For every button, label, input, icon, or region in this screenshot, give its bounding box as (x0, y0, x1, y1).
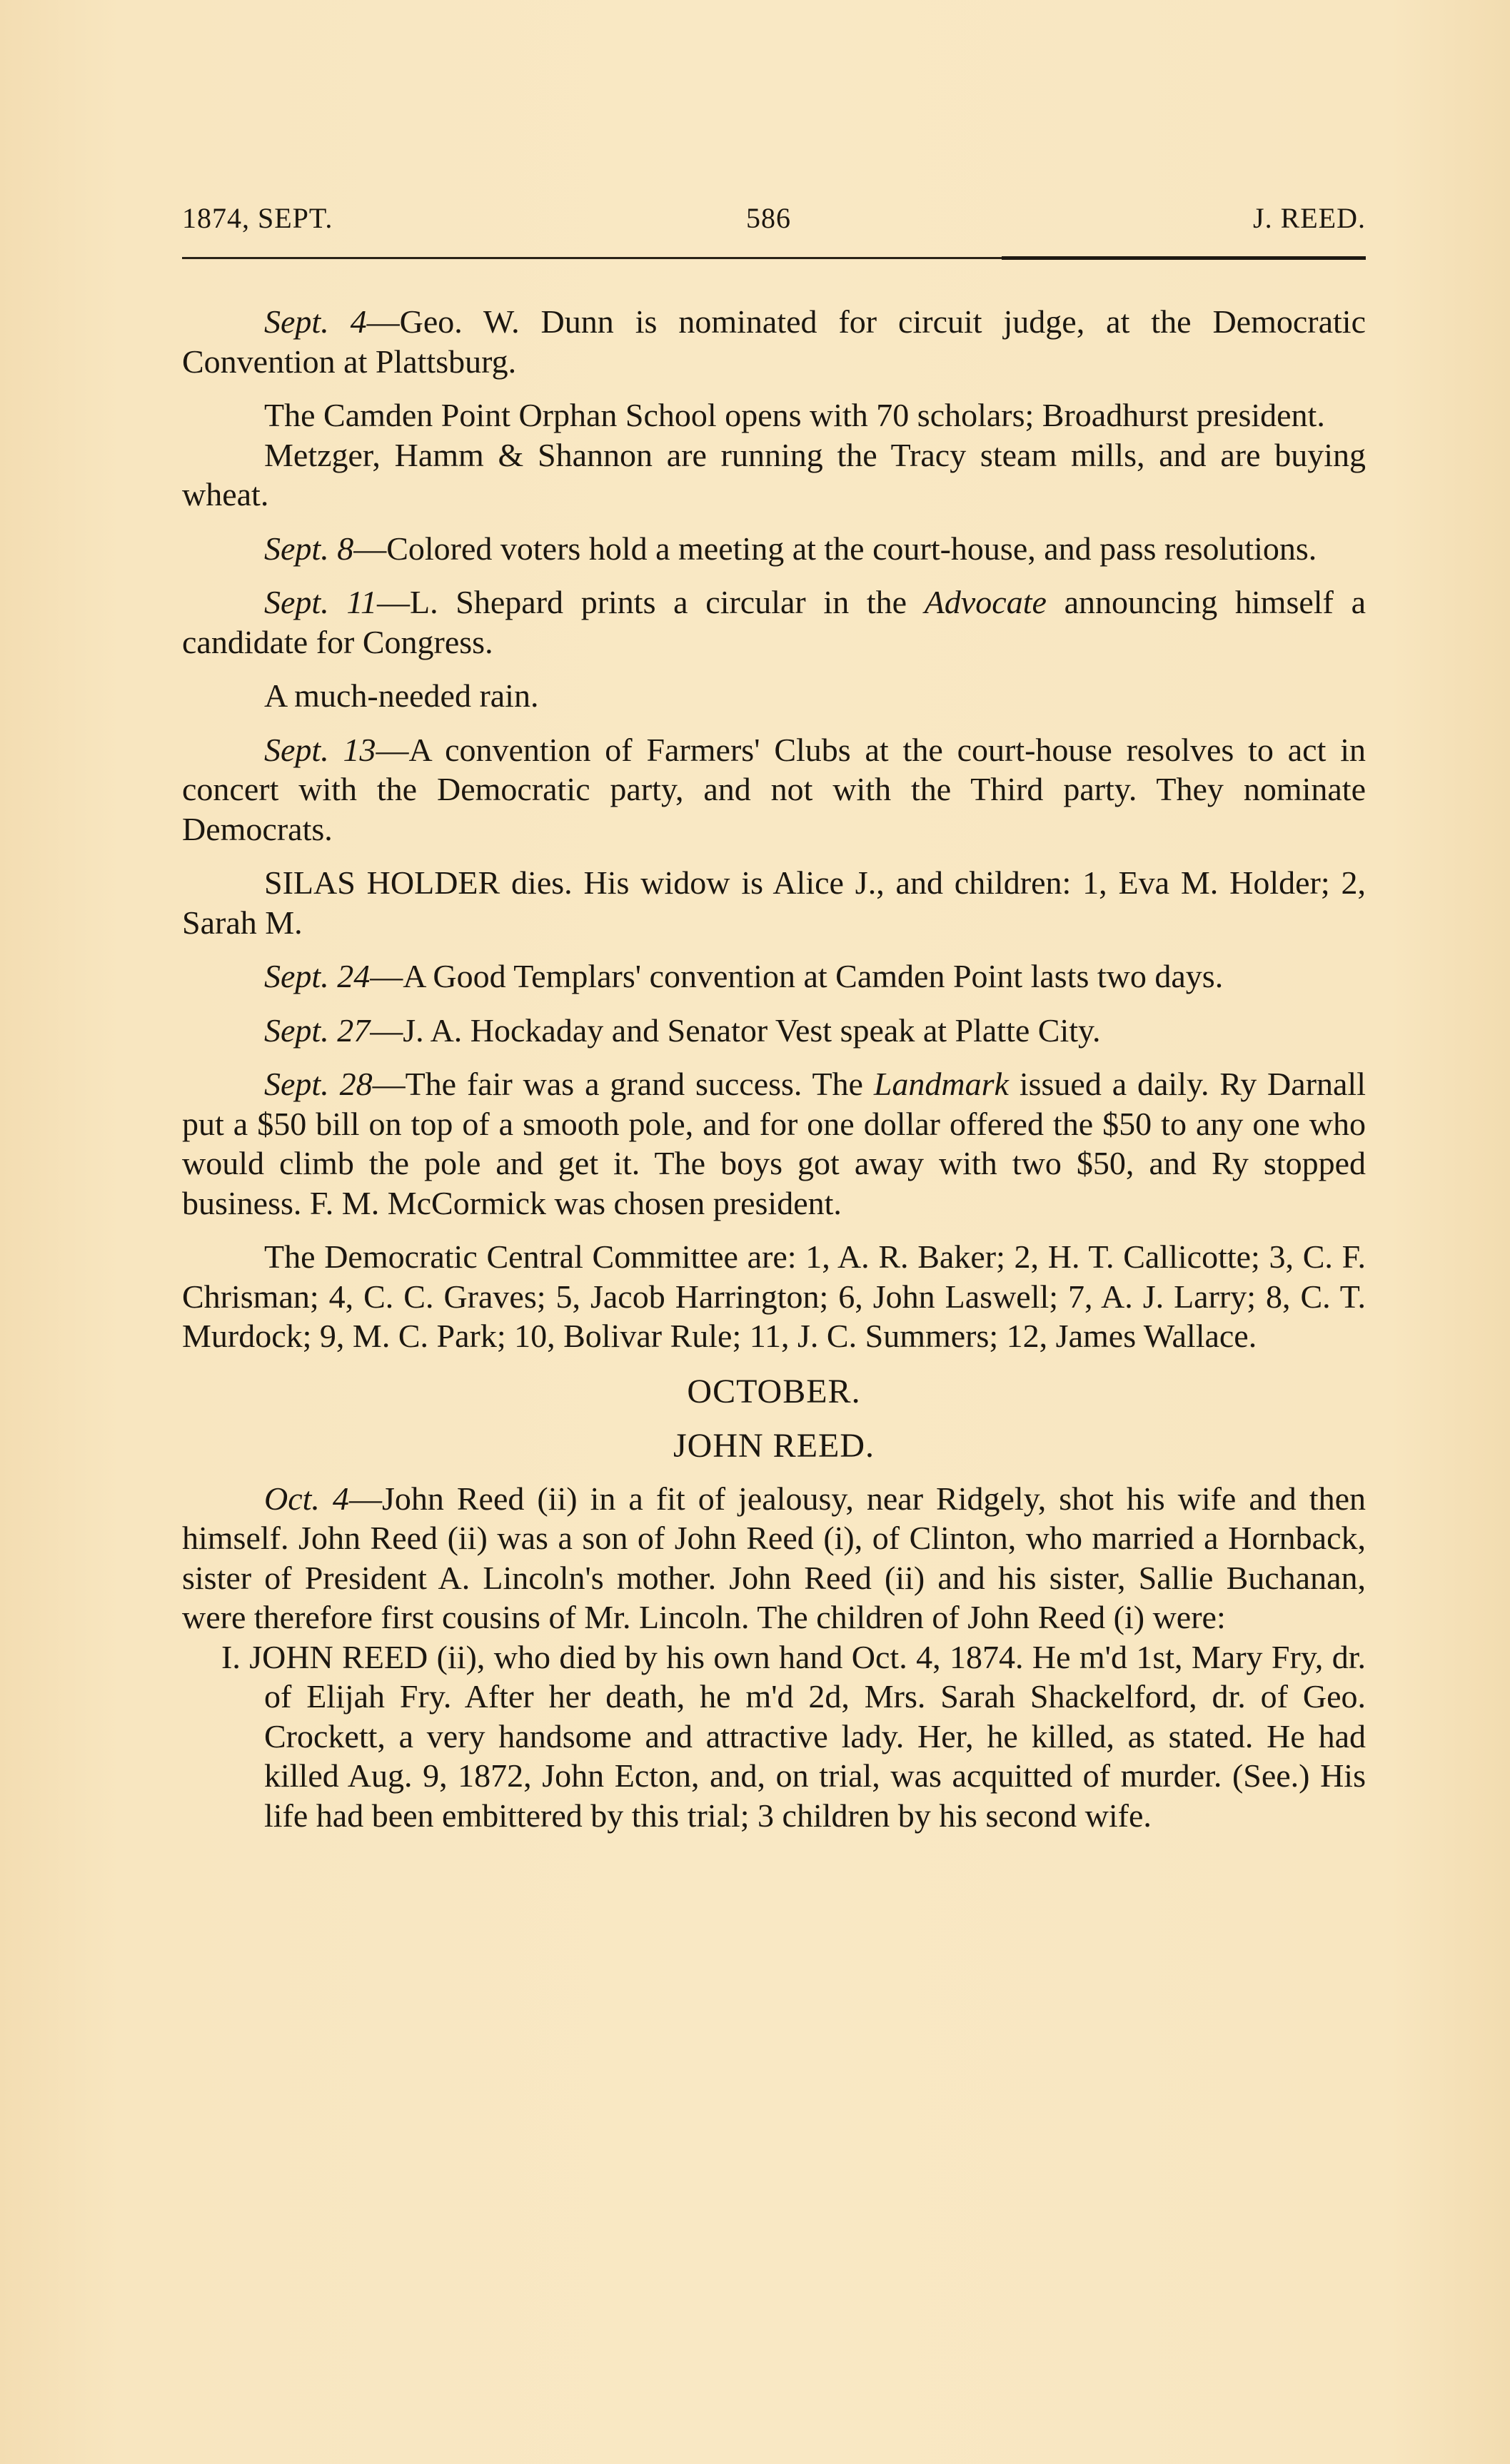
entry-text: —John Reed (ii) in a fit of jealousy, ne… (182, 1480, 1366, 1636)
newspaper-title: Landmark (874, 1066, 1009, 1102)
entry-text: —Colored voters hold a meeting at the co… (353, 530, 1317, 567)
entry-text: SILAS HOLDER dies. His widow is Alice J.… (182, 864, 1366, 941)
page-body: Sept. 4—Geo. W. Dunn is nominated for ci… (182, 302, 1366, 1835)
running-head: 1874, SEPT. 586 J. REED. (182, 201, 1366, 241)
entry-text: —L. Shepard prints a circular in the (377, 584, 925, 620)
entry-sept-27: Sept. 27—J. A. Hockaday and Senator Vest… (182, 1011, 1366, 1051)
entry-sept-8: Sept. 8—Colored voters hold a meeting at… (182, 529, 1366, 569)
header-rule (182, 257, 1366, 259)
entry-date: Sept. 28 (264, 1066, 373, 1102)
entry-sept-4: Sept. 4—Geo. W. Dunn is nominated for ci… (182, 302, 1366, 381)
entry-oct-4: Oct. 4—John Reed (ii) in a fit of jealou… (182, 1479, 1366, 1637)
paragraph-silas-holder: SILAS HOLDER dies. His widow is Alice J.… (182, 863, 1366, 942)
paragraph-steam-mills: Metzger, Hamm & Shannon are running the … (182, 435, 1366, 515)
entry-date: Sept. 11 (264, 584, 377, 620)
entry-text: The Camden Point Orphan School opens wit… (264, 397, 1325, 433)
entry-sept-24: Sept. 24—A Good Templars' convention at … (182, 956, 1366, 996)
running-head-title: J. REED. (1253, 201, 1366, 235)
book-page: 1874, SEPT. 586 J. REED. Sept. 4—Geo. W.… (182, 201, 1366, 1835)
entry-text: —J. A. Hockaday and Senator Vest speak a… (370, 1012, 1100, 1049)
entry-text: The Democratic Central Committee are: 1,… (182, 1238, 1366, 1354)
paragraph-central-committee: The Democratic Central Committee are: 1,… (182, 1237, 1366, 1356)
entry-text: Metzger, Hamm & Shannon are running the … (182, 437, 1366, 513)
entry-date: Oct. 4 (264, 1480, 349, 1517)
newspaper-title: Advocate (925, 584, 1047, 620)
entry-date: Sept. 27 (264, 1012, 370, 1049)
entry-date: Sept. 24 (264, 958, 370, 994)
entry-text: —The fair was a grand success. The (373, 1066, 874, 1102)
entry-date: Sept. 4 (264, 303, 367, 340)
entry-text: —A Good Templars' convention at Camden P… (370, 958, 1223, 994)
entry-sept-13: Sept. 13—A convention of Farmers' Clubs … (182, 730, 1366, 849)
month-heading: OCTOBER. (182, 1370, 1366, 1413)
entry-text: A much-needed rain. (264, 677, 538, 714)
entry-sept-28: Sept. 28—The fair was a grand success. T… (182, 1064, 1366, 1223)
paragraph-orphan-school: The Camden Point Orphan School opens wit… (182, 395, 1366, 435)
entry-numeral: I. (221, 1639, 241, 1675)
running-head-date: 1874, SEPT. (182, 201, 333, 235)
section-heading: JOHN REED. (182, 1425, 1366, 1468)
paragraph-rain: A much-needed rain. (182, 676, 1366, 716)
entry-text: JOHN REED (ii), who died by his own hand… (249, 1639, 1366, 1834)
entry-date: Sept. 8 (264, 530, 353, 567)
genealogy-entry: I. JOHN REED (ii), who died by his own h… (182, 1637, 1366, 1836)
page-number: 586 (746, 201, 791, 235)
entry-sept-11: Sept. 11—L. Shepard prints a circular in… (182, 582, 1366, 662)
entry-date: Sept. 13 (264, 732, 376, 768)
